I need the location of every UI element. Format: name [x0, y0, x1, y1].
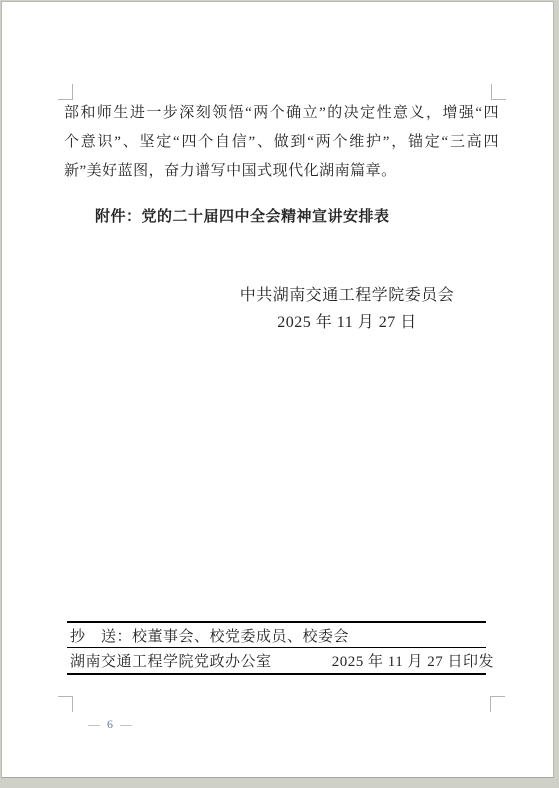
page-number: —6— [88, 717, 133, 732]
signature-block: 中共湖南交通工程学院委员会 2025 年 11 月 27 日 [197, 285, 497, 334]
attachment-line: 附件：党的二十届四中全会精神宣讲安排表 [95, 206, 499, 228]
body-line-3: 新”美好蓝图，奋力谱写中国式现代化湖南篇章。 [64, 157, 499, 186]
footer-rule-bottom [67, 673, 486, 675]
page-number-dash-left: — [88, 717, 101, 731]
page-number-value: 6 [101, 717, 120, 731]
body-line-1: 部和师生进一步深刻领悟“两个确立”的决定性意义，增强“四 [64, 99, 499, 128]
text-boundary-corner-bottom-left-icon [58, 696, 73, 712]
cc-print-box: 抄 送：校董事会、校党委成员、校委会 湖南交通工程学院党政办公室 2025 年 … [67, 621, 494, 675]
text-boundary-corner-bottom-right-icon [490, 696, 505, 712]
cc-row: 抄 送：校董事会、校党委成员、校委会 [67, 623, 494, 647]
page-number-dash-right: — [120, 717, 133, 731]
text-boundary-corner-top-right-icon [491, 84, 506, 100]
document-canvas: { "doc": { "body_lines": [ "部和师生进一步深刻领悟“… [0, 0, 559, 788]
body-paragraph: 部和师生进一步深刻领悟“两个确立”的决定性意义，增强“四 个意识”、坚定“四个自… [64, 99, 499, 186]
signature-date: 2025 年 11 月 27 日 [197, 312, 497, 334]
issuer-text: 湖南交通工程学院党政办公室 [70, 650, 272, 671]
body-line-2: 个意识”、坚定“四个自信”、做到“两个维护”，锚定“三高四 [64, 128, 499, 157]
signature-organization: 中共湖南交通工程学院委员会 [197, 285, 497, 307]
print-date-text: 2025 年 11 月 27 日印发 [332, 650, 494, 671]
document-page: 部和师生进一步深刻领悟“两个确立”的决定性意义，增强“四 个意识”、坚定“四个自… [1, 1, 554, 778]
issuer-row: 湖南交通工程学院党政办公室 2025 年 11 月 27 日印发 [67, 648, 494, 673]
text-boundary-corner-top-left-icon [58, 84, 73, 100]
cc-text: 抄 送：校董事会、校党委成员、校委会 [70, 625, 349, 646]
